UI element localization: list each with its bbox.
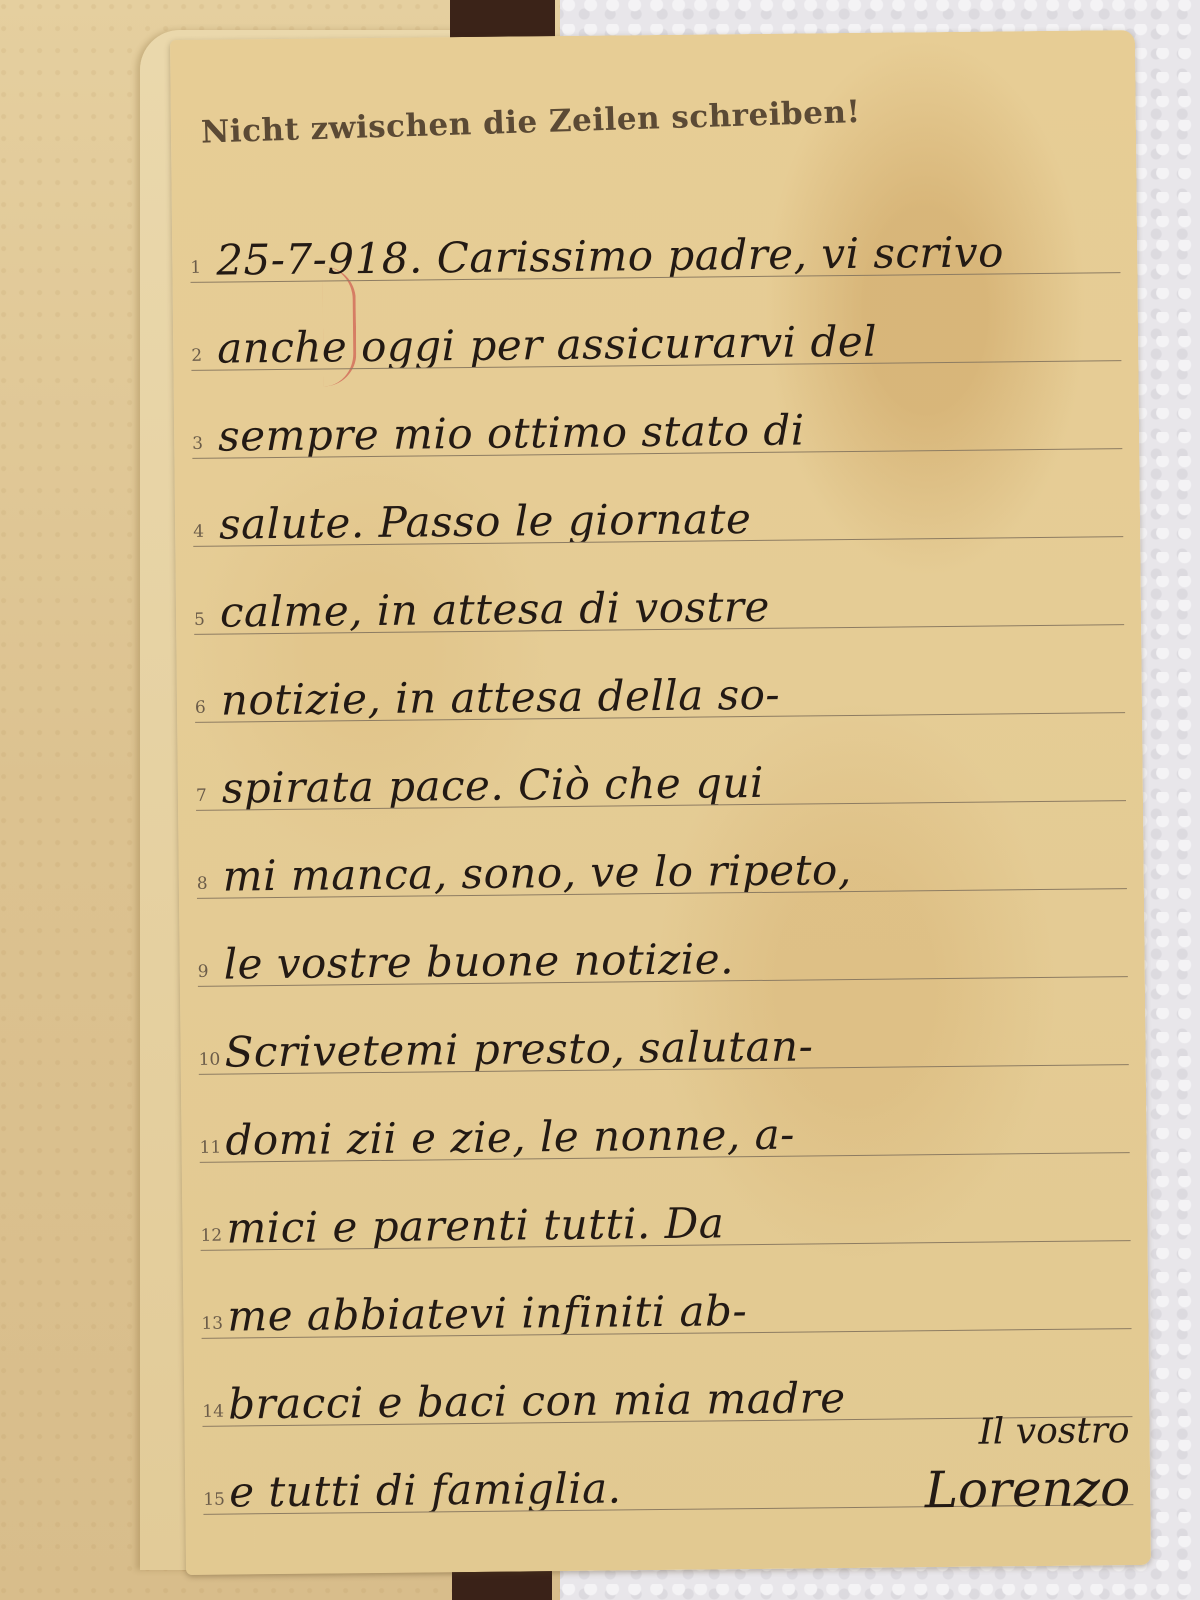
ruled-lines: 125-7-918. Carissimo padre, vi scrivo 2a… (190, 185, 1134, 1515)
ruled-line: 4salute. Passo le giornate (192, 449, 1123, 547)
line-number: 11 (199, 1138, 221, 1158)
line-number: 12 (200, 1226, 222, 1246)
line-number: 5 (194, 610, 205, 630)
line-number: 9 (198, 962, 209, 982)
ruled-line: 3sempre mio ottimo stato di (191, 361, 1122, 459)
ruled-line: 8mi manca, sono, ve lo ripeto, (196, 801, 1127, 899)
line-number: 7 (196, 786, 207, 806)
ruled-line: 10Scrivetemi presto, salutan- (198, 977, 1129, 1075)
printed-header: Nicht zwischen die Zeilen schreiben! (200, 94, 861, 151)
ruled-line: 9le vostre buone notizie. (197, 889, 1128, 987)
line-number: 10 (199, 1050, 221, 1070)
signature-block: Il vostro Lorenzo (924, 1410, 1131, 1519)
line-number: 14 (202, 1402, 224, 1422)
line-number: 4 (193, 522, 204, 542)
line-number: 2 (191, 346, 202, 366)
ruled-line: 5calme, in attesa di vostre (193, 537, 1124, 635)
line-number: 8 (197, 874, 208, 894)
line-number: 13 (201, 1314, 223, 1334)
line-number: 15 (203, 1490, 225, 1510)
line-number: 1 (190, 258, 201, 278)
postcard: Nicht zwischen die Zeilen schreiben! 125… (170, 30, 1151, 1575)
ruled-line: 7spirata pace. Ciò che qui (195, 713, 1126, 811)
ruled-line: 6notizie, in attesa della so- (194, 625, 1125, 723)
line-number: 6 (195, 698, 206, 718)
ruled-line: 125-7-918. Carissimo padre, vi scrivo (190, 185, 1121, 283)
ruled-line: 12mici e parenti tutti. Da (200, 1153, 1131, 1251)
signature-name: Lorenzo (924, 1459, 1130, 1519)
ruled-line: 13me abbiatevi infiniti ab- (201, 1241, 1132, 1339)
ruled-line: 2anche oggi per assicurarvi del (191, 273, 1122, 371)
line-number: 3 (192, 434, 203, 454)
ruled-line: 11domi zii e zie, le nonne, a- (199, 1065, 1130, 1163)
signature-closing: Il vostro (924, 1410, 1130, 1453)
